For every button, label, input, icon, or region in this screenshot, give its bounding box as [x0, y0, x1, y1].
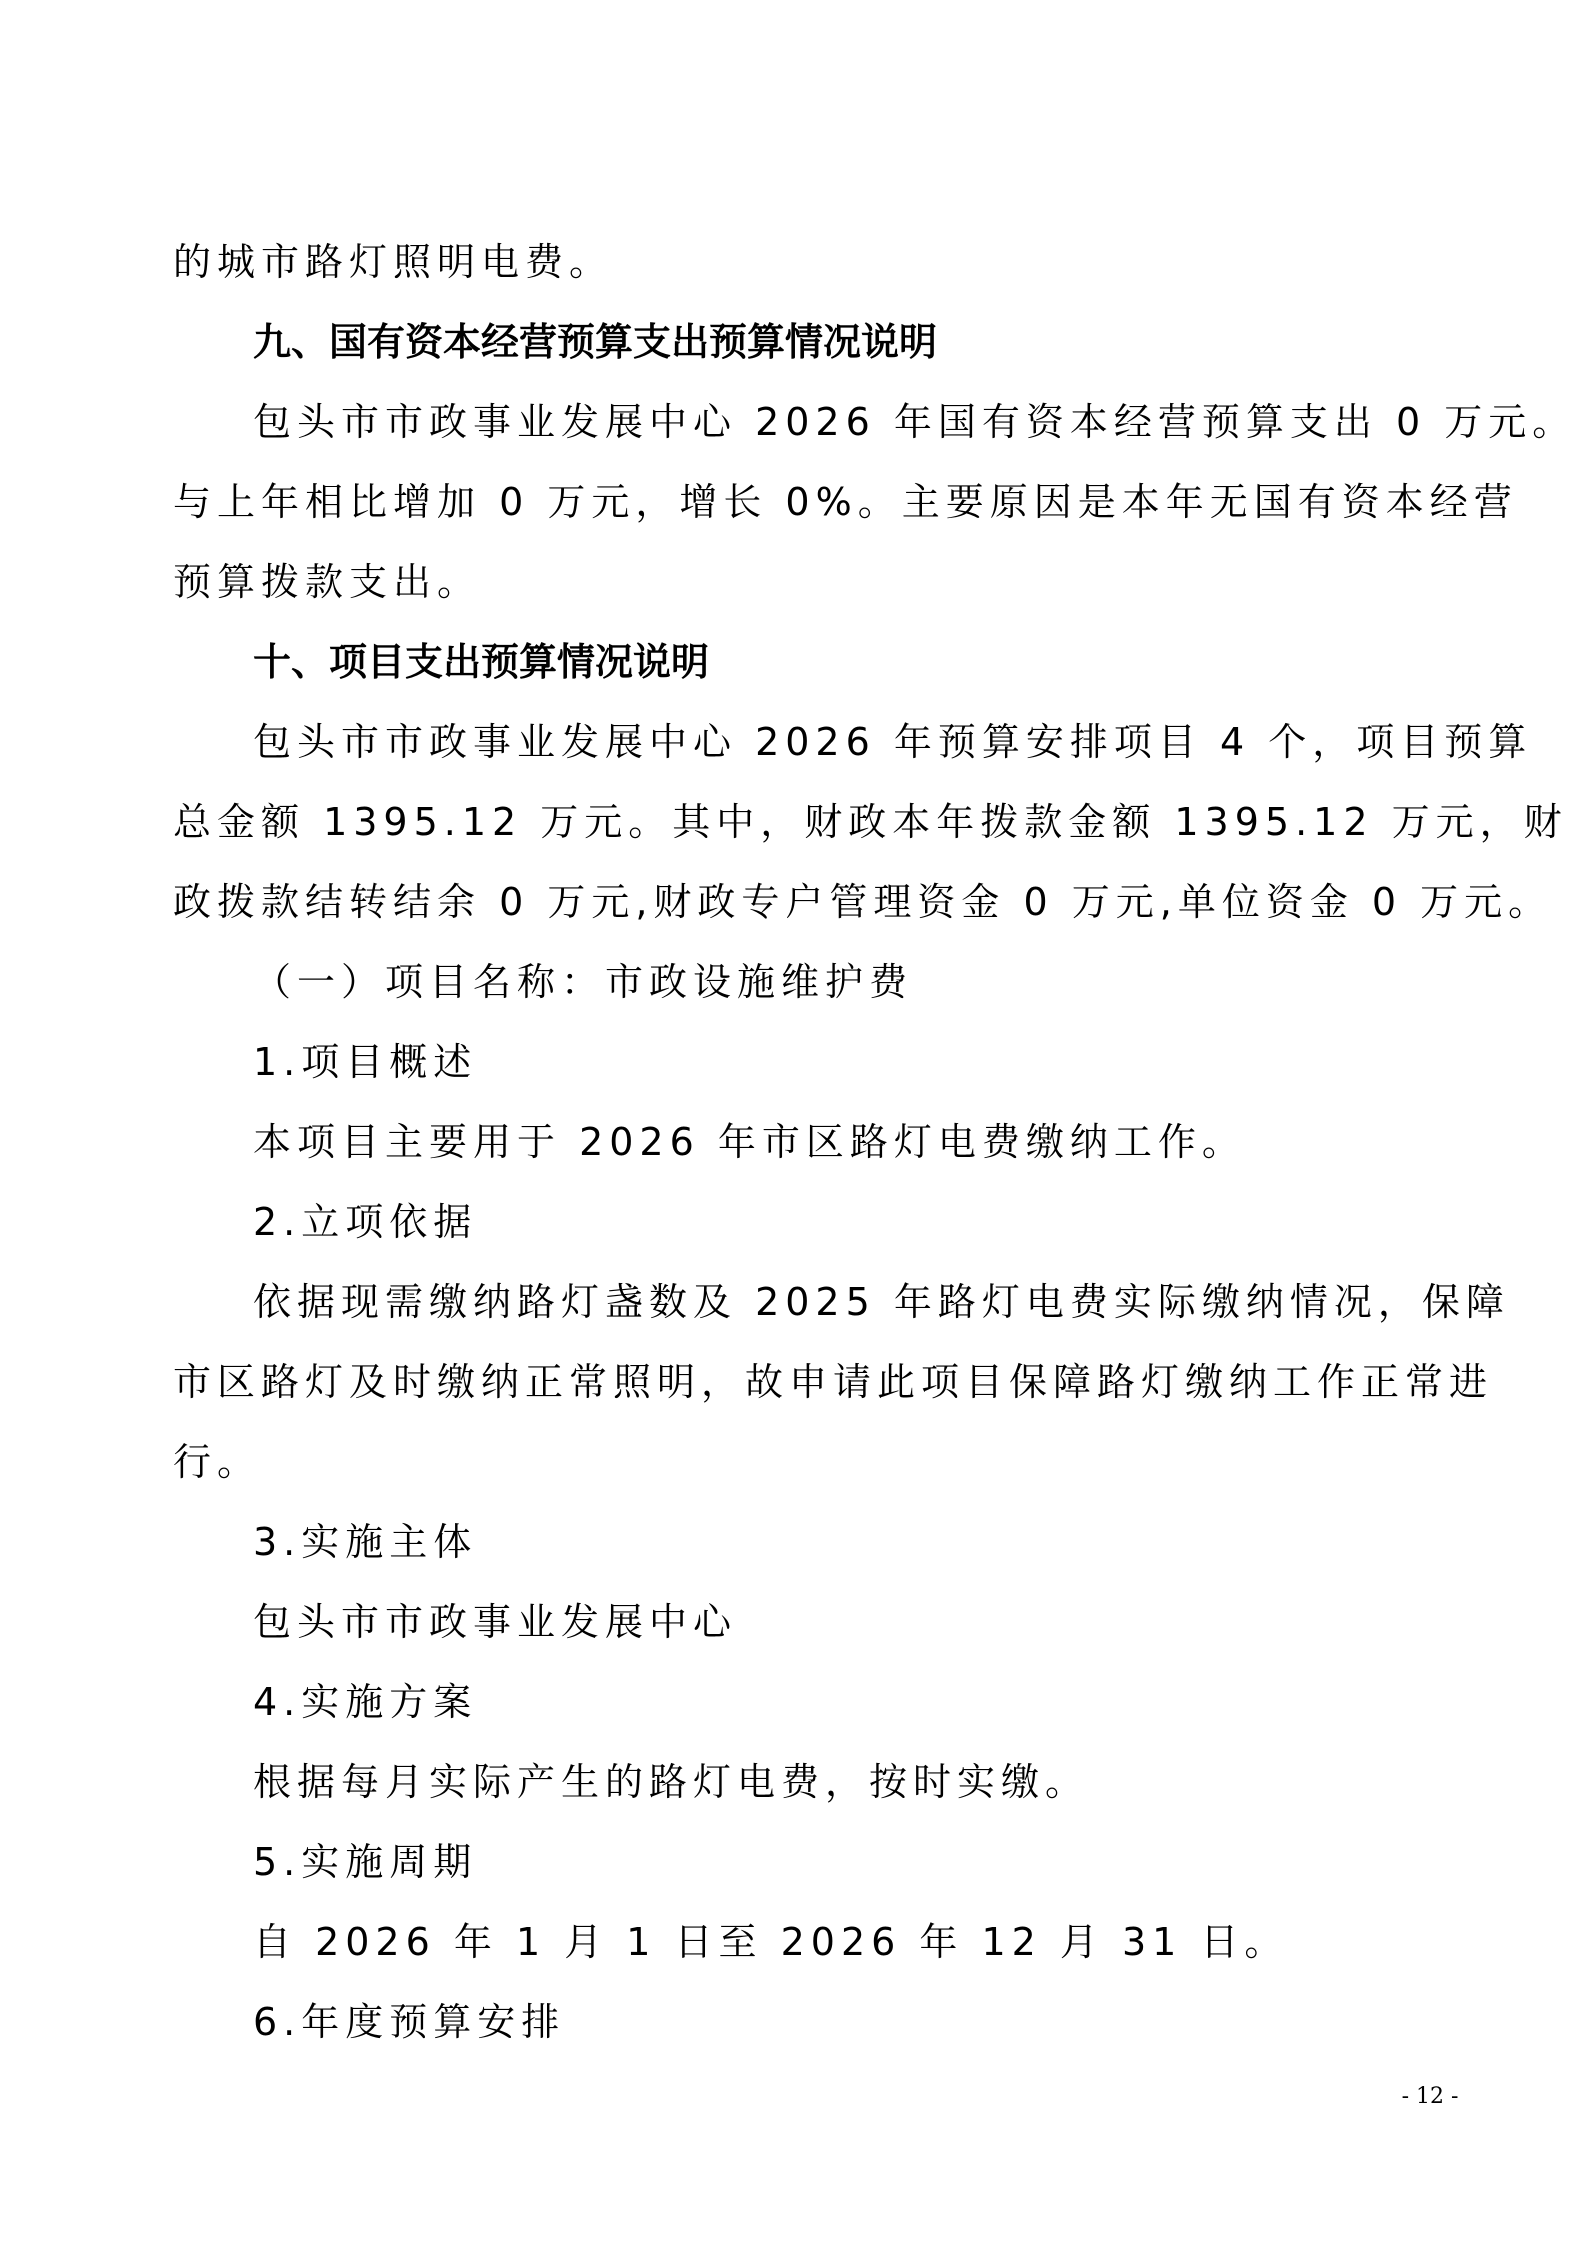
paragraph-line-5: 预算拨款支出。: [173, 542, 1473, 622]
paragraph-line-12: 本项目主要用于 2026 年市区路灯电费缴纳工作。: [173, 1102, 1473, 1182]
paragraph-line-22: 自 2026 年 1 月 1 日至 2026 年 12 月 31 日。: [173, 1902, 1473, 1982]
project-name-line: （一）项目名称：市政设施维护费: [173, 942, 1473, 1022]
paragraph-line-20: 根据每月实际产生的路灯电费，按时实缴。: [173, 1742, 1473, 1822]
section-heading-ten: 十、项目支出预算情况说明: [173, 622, 1473, 702]
paragraph-line-4: 与上年相比增加 0 万元，增长 0%。主要原因是本年无国有资本经营: [173, 462, 1473, 542]
subheading-basis: 2.立项依据: [173, 1182, 1473, 1262]
subheading-implementer: 3.实施主体: [173, 1502, 1473, 1582]
subheading-overview: 1.项目概述: [173, 1022, 1473, 1102]
paragraph-line-1: 的城市路灯照明电费。: [173, 222, 1473, 302]
paragraph-line-7: 包头市市政事业发展中心 2026 年预算安排项目 4 个，项目预算: [173, 702, 1473, 782]
section-heading-nine: 九、国有资本经营预算支出预算情况说明: [173, 302, 1473, 382]
paragraph-line-16: 行。: [173, 1422, 1473, 1502]
paragraph-line-14: 依据现需缴纳路灯盏数及 2025 年路灯电费实际缴纳情况，保障: [173, 1262, 1473, 1342]
paragraph-line-3: 包头市市政事业发展中心 2026 年国有资本经营预算支出 0 万元。: [173, 382, 1473, 462]
subheading-plan: 4.实施方案: [173, 1662, 1473, 1742]
subheading-annual-budget: 6.年度预算安排: [173, 1982, 1473, 2062]
subheading-period: 5.实施周期: [173, 1822, 1473, 1902]
paragraph-line-18: 包头市市政事业发展中心: [173, 1582, 1473, 1662]
paragraph-line-9: 政拨款结转结余 0 万元,财政专户管理资金 0 万元,单位资金 0 万元。: [173, 862, 1473, 942]
page-number: - 12 -: [1395, 2084, 1465, 2109]
paragraph-line-8: 总金额 1395.12 万元。其中，财政本年拨款金额 1395.12 万元，财: [173, 782, 1473, 862]
paragraph-line-15: 市区路灯及时缴纳正常照明，故申请此项目保障路灯缴纳工作正常进: [173, 1342, 1473, 1422]
document-page: 的城市路灯照明电费。 九、国有资本经营预算支出预算情况说明 包头市市政事业发展中…: [173, 222, 1473, 2062]
